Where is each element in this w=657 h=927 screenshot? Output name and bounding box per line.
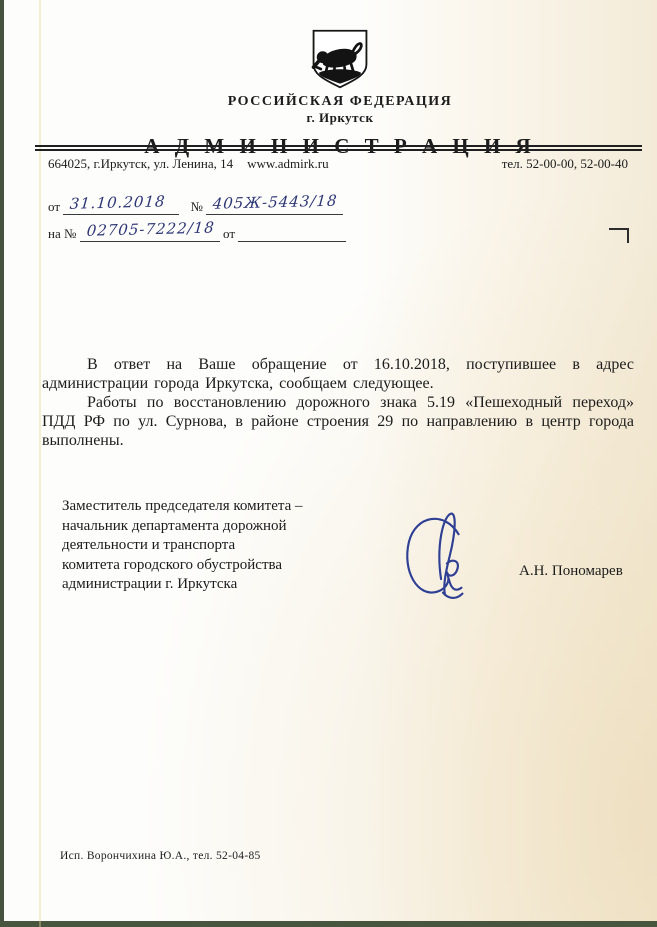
- position-line: начальник департамента дорожной: [62, 517, 303, 537]
- phone: тел. 52-00-00, 52-00-40: [502, 156, 628, 172]
- address-left: 664025, г.Иркутск, ул. Ленина, 14www.adm…: [48, 156, 329, 172]
- website: www.admirk.ru: [247, 156, 328, 171]
- scanned-letter-page: РОССИЙСКАЯ ФЕДЕРАЦИЯ г. Иркутск А Д М И …: [0, 0, 657, 927]
- reference-block: от 31.10.2018 № 405Ж-5443/18 на № 02705-…: [48, 196, 346, 250]
- irkutsk-coat-of-arms-icon: [307, 28, 373, 90]
- number-label: №: [191, 199, 203, 214]
- position-line: Заместитель председателя комитета –: [62, 497, 303, 517]
- outgoing-number-handwritten: 405Ж-5443/18: [206, 191, 344, 213]
- incoming-number-field: 02705-7222/18: [80, 223, 220, 242]
- city-title: г. Иркутск: [20, 110, 657, 126]
- position-line: администрации г. Иркутска: [62, 575, 303, 595]
- letterhead-double-rule: [35, 145, 642, 151]
- scan-edge-bottom: [0, 921, 657, 927]
- incoming-date-field-empty: [238, 225, 346, 242]
- signer-position-block: Заместитель председателя комитета – нача…: [62, 497, 303, 595]
- incoming-ref-row: на № 02705-7222/18 от: [48, 223, 346, 250]
- country-title: РОССИЙСКАЯ ФЕДЕРАЦИЯ: [20, 94, 657, 110]
- position-line: комитета городского обустройства: [62, 556, 303, 576]
- postal-address: 664025, г.Иркутск, ул. Ленина, 14: [48, 156, 233, 171]
- reply-label: на №: [48, 226, 76, 241]
- incoming-number-handwritten: 02705-7222/18: [80, 218, 221, 240]
- body-paragraph-1: В ответ на Ваше обращение от 16.10.2018,…: [42, 355, 634, 393]
- scan-edge-left: [0, 0, 4, 927]
- signer-name: А.Н. Пономарев: [519, 563, 623, 580]
- outgoing-date-field: 31.10.2018: [63, 196, 179, 215]
- address-row: 664025, г.Иркутск, ул. Ленина, 14www.adm…: [48, 156, 628, 172]
- signature-ink-icon: [398, 505, 486, 617]
- from-label: от: [48, 199, 60, 214]
- reply-from-label: от: [223, 226, 235, 241]
- outgoing-date-handwritten: 31.10.2018: [63, 192, 172, 213]
- position-line: деятельности и транспорта: [62, 536, 303, 556]
- executor-line: Исп. Ворончихина Ю.А., тел. 52-04-85: [60, 850, 261, 862]
- body-paragraph-2: Работы по восстановлению дорожного знака…: [42, 393, 634, 450]
- outgoing-number-field: 405Ж-5443/18: [206, 196, 343, 215]
- letterhead: РОССИЙСКАЯ ФЕДЕРАЦИЯ г. Иркутск А Д М И …: [20, 28, 657, 159]
- letter-body: В ответ на Ваше обращение от 16.10.2018,…: [42, 355, 634, 450]
- addressee-corner-mark: [609, 228, 629, 243]
